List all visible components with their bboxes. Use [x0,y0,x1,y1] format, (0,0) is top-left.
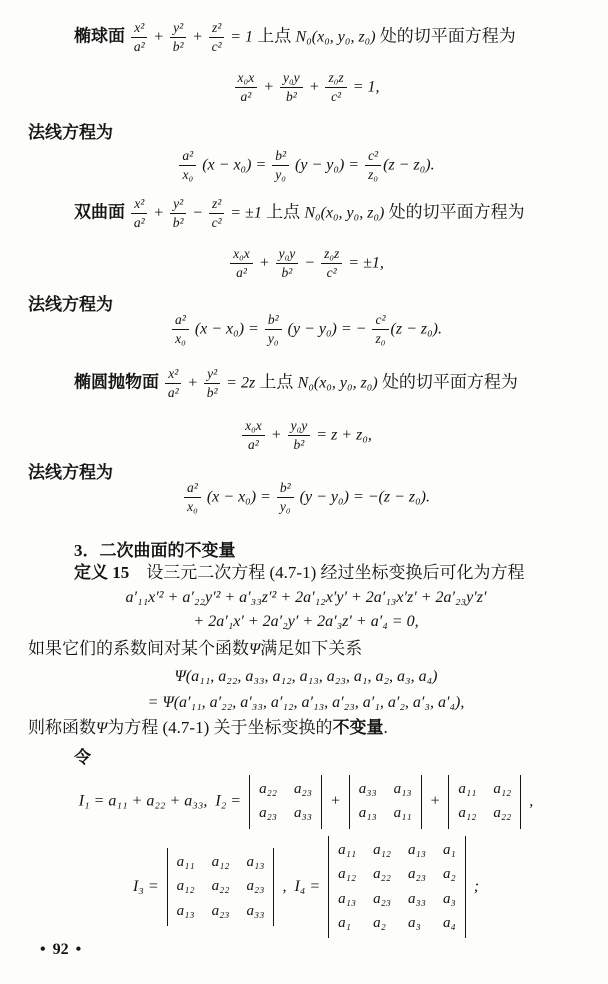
paraboloid-normal-equation: a²x₀ (x − x₀) = b²y₀ (y − y₀) = −(z − z₀… [28,480,584,515]
fraction: c²z₀ [365,148,381,183]
math-text: = z + z₀, [312,427,372,444]
page-number: •92• [40,941,88,959]
normal-equation-label-1: 法线方程为 [28,122,584,143]
determinant-entry: a₁₂ [373,839,391,862]
math-text: + [255,255,274,272]
fraction: x₀xa² [235,70,258,105]
ellipsoid-tangent-equation: x₀xa² + y₀yb² + z₀zc² = 1, [28,70,584,105]
math-text: + [149,29,168,46]
determinant-entry: a₂₂ [493,802,511,825]
math-text: (y − y₀) = − [284,321,371,338]
math-text: I₃ = [133,878,163,895]
math-text: = ±1 [226,205,262,222]
fraction: a²x₀ [172,312,189,347]
hyperboloid-tangent-equation: x₀xa² + y₀yb² − z₀zc² = ±1, [28,246,584,281]
textbook-page: 椭球面 x²a² + y²b² + z²c² = 1 上点 N₀(x₀, y₀,… [0,0,608,984]
math-text: (z − z₀). [391,321,442,338]
bold-term: 3．二次曲面的不变量 [74,541,236,560]
math-text: , I₄ = [278,878,324,895]
text-run: 处的切平面方程为 [384,203,524,222]
math-text: Ψ [249,641,260,658]
bold-term: 定义 15 [74,563,129,582]
math-text: = ±1, [344,255,384,272]
determinant: a₃₃a₁₃a₁₃a₁₁ [349,775,422,829]
math-text: + [188,29,207,46]
determinant-entry: a₂ [373,912,391,935]
determinant-entry: a₂₃ [373,888,391,911]
fraction: b²y₀ [277,480,294,515]
bold-term: 椭球面 [74,27,129,46]
determinant-entry: a₂₃ [294,778,312,801]
text-run: 上点 [262,203,305,222]
math-text: − [300,255,319,272]
determinant: a₁₁a₁₂a₁₂a₂₂ [448,775,521,829]
psi-relation-line-1: Ψ(a₁₁, a₂₂, a₃₃, a₁₂, a₁₃, a₂₃, a₁, a₂, … [28,665,584,687]
hyperboloid-normal-equation: a²x₀ (x − x₀) = b²y₀ (y − y₀) = − c²z₀(z… [28,312,584,347]
text-run: 为方程 (4.7-1) 关于坐标变换的 [107,718,332,737]
determinant-entry: a₁₁ [394,802,412,825]
determinant-entry: a₃ [443,888,456,911]
fraction: x₀xa² [230,246,253,281]
fraction: a²x₀ [179,148,196,183]
fraction: x₀xa² [242,418,265,453]
determinant-entry: a₁₃ [338,888,356,911]
bold-term: 椭圆抛物面 [74,373,163,392]
fraction: a²x₀ [184,480,201,515]
math-text: = 1, [349,79,380,96]
bold-term: 令 [74,748,91,767]
text-run: 处的切平面方程为 [378,373,518,392]
determinant-entry: a₂₃ [259,802,277,825]
determinant-entry: a₁₂ [458,802,476,825]
determinant-entry: a₁₃ [177,900,195,923]
math-text: + [149,205,168,222]
footer-page-number: 92 [53,941,69,958]
psi-relation-line-2: = Ψ(a′₁₁, a′₂₂, a′₃₃, a′₁₂, a′₁₃, a′₂₃, … [28,691,584,713]
fraction: x²a² [131,20,147,55]
math-text: N₀(x₀, y₀, z₀) [296,29,376,46]
fraction: x²a² [131,196,147,231]
math-text: = 1 [226,29,253,46]
math-text: Ψ [96,720,107,737]
determinant-entry: a₁₂ [338,863,356,886]
determinant: a₂₂a₂₃a₂₃a₃₃ [249,775,322,829]
let-label: 令 [28,747,584,768]
determinant-entry: a₃₃ [247,900,265,923]
determinant-entry: a₂₃ [247,875,265,898]
determinant-entry: a₁₃ [394,778,412,801]
determinant-entry: a₁ [338,912,356,935]
text-run: 设三元二次方程 (4.7-1) 经过坐标变换后可化为方程 [129,563,524,582]
determinant-entry: a₁₂ [493,778,511,801]
fraction: z²c² [209,196,224,231]
fraction: y₀yb² [288,418,311,453]
fraction: x²a² [165,366,181,401]
footer-right-dot: • [76,941,82,958]
invariants-I3-I4-equation: I₃ = a₁₁a₁₂a₁₃a₁₂a₂₂a₂₃a₁₃a₂₃a₃₃ , I₄ = … [28,836,584,938]
math-text: + 2a′₁x′ + 2a′₂y′ + 2a′₃z′ + a′₄ = 0, [193,613,418,630]
definition-15-intro: 定义 15 设三元二次方程 (4.7-1) 经过坐标变换后可化为方程 [28,562,584,583]
fraction: y₀yb² [280,70,303,105]
ellipsoid-normal-equation: a²x₀ (x − x₀) = b²y₀ (y − y₀) = c²z₀(z −… [28,148,584,183]
math-text: N₀(x₀, y₀, z₀) [298,375,378,392]
text-run: 处的切平面方程为 [376,27,516,46]
determinant-entry: a₁₃ [247,851,265,874]
determinant-entry: a₁₂ [212,851,230,874]
math-text: (z − z₀). [383,157,434,174]
bold-term: 双曲面 [74,203,129,222]
text-run: 上点 [253,27,296,46]
paraboloid-tangent-intro: 椭圆抛物面 x²a² + y²b² = 2z 上点 N₀(x₀, y₀, z₀)… [28,366,584,401]
fraction: b²y₀ [265,312,282,347]
text-run: 如果它们的系数间对某个函数 [28,639,249,658]
transformed-equation-line-1: a′₁₁x′² + a′₂₂y′² + a′₃₃z′² + 2a′₁₂x′y′ … [28,586,584,608]
text-run: 上点 [255,373,298,392]
determinant-entry: a₁₂ [177,875,195,898]
determinant-entry: a₂ [443,863,456,886]
ellipsoid-tangent-intro: 椭球面 x²a² + y²b² + z²c² = 1 上点 N₀(x₀, y₀,… [28,20,584,55]
determinant-entry: a₃₃ [408,888,426,911]
determinant-entry: a₂₂ [259,778,277,801]
coefficient-relation-intro: 如果它们的系数间对某个函数Ψ满足如下关系 [28,638,584,660]
fraction: c²z₀ [372,312,388,347]
determinant: a₁₁a₁₂a₁₃a₁₂a₂₂a₂₃a₁₃a₂₃a₃₃ [167,848,275,926]
determinant-entry: a₂₂ [373,863,391,886]
math-text: + [267,427,286,444]
determinant-entry: a₄ [443,912,456,935]
invariant-definition-conclusion: 则称函数Ψ为方程 (4.7-1) 关于坐标变换的不变量. [28,717,584,739]
math-text: a′₁₁x′² + a′₂₂y′² + a′₃₃z′² + 2a′₁₂x′y′ … [126,589,487,606]
math-text: I₁ = a₁₁ + a₂₂ + a₃₃, I₂ = [79,793,245,810]
text-run: . [383,718,387,737]
math-text: (y − y₀) = [291,157,363,174]
math-text: ; [470,878,479,895]
math-text: + [305,79,324,96]
paraboloid-tangent-equation: x₀xa² + y₀yb² = z + z₀, [28,418,584,453]
math-text: = 2z [222,375,255,392]
fraction: z²c² [209,20,224,55]
transformed-equation-line-2: + 2a′₁x′ + 2a′₂y′ + 2a′₃z′ + a′₄ = 0, [28,610,584,632]
math-text: Ψ(a₁₁, a₂₂, a₃₃, a₁₂, a₁₃, a₂₃, a₁, a₂, … [175,668,438,685]
invariants-I1-I2-equation: I₁ = a₁₁ + a₂₂ + a₃₃, I₂ = a₂₂a₂₃a₂₃a₃₃ … [28,775,584,829]
determinant-entry: a₂₂ [212,875,230,898]
fraction: y²b² [170,196,186,231]
math-text: , [525,793,533,810]
math-text: + [259,79,278,96]
math-text: (y − y₀) = −(z − z₀). [296,489,430,506]
bold-term: 法线方程为 [28,123,113,142]
determinant-entry: a₁₁ [177,851,195,874]
math-text: + [426,793,445,810]
math-text: (x − x₀) = [191,321,263,338]
math-text: + [326,793,345,810]
determinant-entry: a₃₃ [294,802,312,825]
fraction: z₀zc² [325,70,346,105]
determinant-entry: a₁ [443,839,456,862]
section-heading-invariants: 3．二次曲面的不变量 [28,540,584,561]
math-text: − [188,205,207,222]
bold-term: 不变量 [332,718,383,737]
fraction: z₀zc² [321,246,342,281]
determinant-entry: a₁₃ [408,839,426,862]
math-text: = Ψ(a′₁₁, a′₂₂, a′₃₃, a′₁₂, a′₁₃, a′₂₃, … [148,694,465,711]
determinant-entry: a₂₃ [408,863,426,886]
footer-left-dot: • [40,941,46,958]
determinant-entry: a₁₁ [458,778,476,801]
determinant: a₁₁a₁₂a₁₃a₁a₁₂a₂₂a₂₃a₂a₁₃a₂₃a₃₃a₃a₁a₂a₃a… [328,836,466,938]
determinant-entry: a₃ [408,912,426,935]
fraction: y²b² [170,20,186,55]
fraction: y₀yb² [276,246,299,281]
math-text: (x − x₀) = [203,489,275,506]
determinant-entry: a₁₃ [359,802,377,825]
hyperboloid-tangent-intro: 双曲面 x²a² + y²b² − z²c² = ±1 上点 N₀(x₀, y₀… [28,196,584,231]
text-run: 满足如下关系 [260,639,362,658]
math-text: N₀(x₀, y₀, z₀) [304,205,384,222]
math-text: (x − x₀) = [198,157,270,174]
determinant-entry: a₂₃ [212,900,230,923]
determinant-entry: a₁₁ [338,839,356,862]
fraction: b²y₀ [272,148,289,183]
determinant-entry: a₃₃ [359,778,377,801]
text-run: 则称函数 [28,718,96,737]
fraction: y²b² [204,366,220,401]
math-text: + [183,375,202,392]
